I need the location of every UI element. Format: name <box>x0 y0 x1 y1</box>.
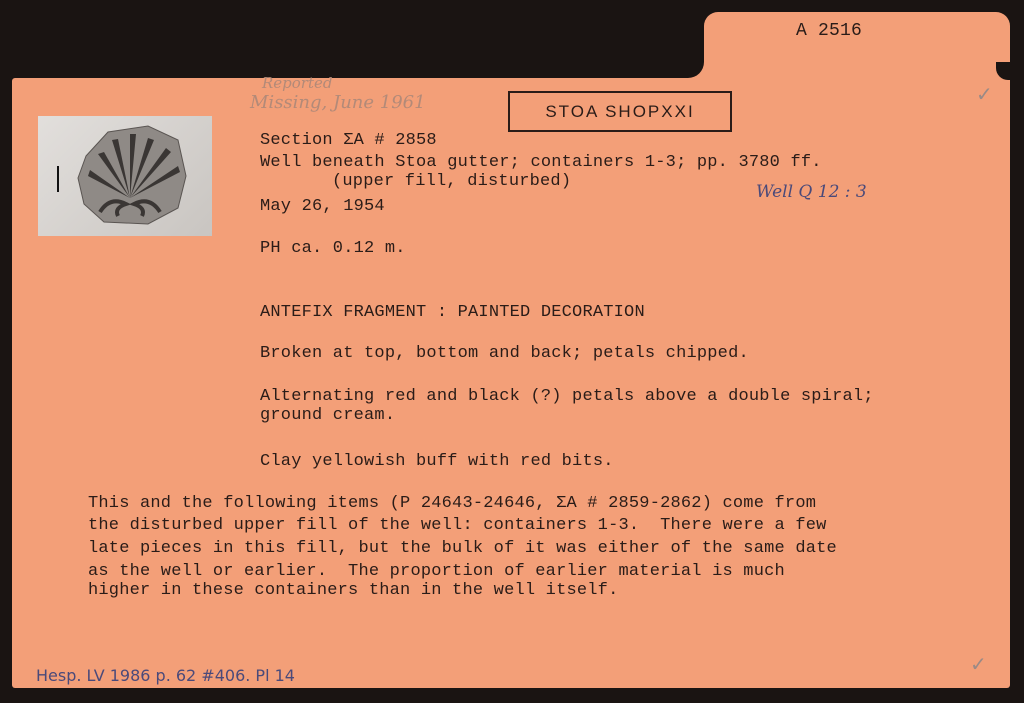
findspot-line2: (upper fill, disturbed) <box>332 171 571 193</box>
inventory-number: A 2516 <box>796 20 862 42</box>
object-title: ANTEFIX FRAGMENT : PAINTED DECORATION <box>260 302 645 324</box>
well-note: Well Q 12 : 3 <box>756 182 867 202</box>
location-stamp: STOA SHOPXXI <box>508 91 732 132</box>
check-mark-icon: ✓ <box>970 652 987 676</box>
tab-curve <box>688 60 718 80</box>
section-number: Section ΣA # 2858 <box>260 130 437 152</box>
pencil-note-line1: Reported <box>262 74 332 92</box>
notes-line: higher in these containers than in the w… <box>88 580 619 602</box>
check-mark-icon: ✓ <box>976 82 993 106</box>
notes-line: This and the following items (P 24643-24… <box>88 493 816 515</box>
pencil-note-line2: Missing, June 1961 <box>250 92 426 113</box>
description-line2: ground cream. <box>260 405 395 427</box>
dimensions: PH ca. 0.12 m. <box>260 238 406 260</box>
excavation-date: May 26, 1954 <box>260 196 385 218</box>
notes-line: the disturbed upper fill of the well: co… <box>88 515 827 537</box>
object-photo <box>38 116 212 236</box>
clay-description: Clay yellowish buff with red bits. <box>260 451 614 473</box>
notes-line: late pieces in this fill, but the bulk o… <box>88 538 837 560</box>
antefix-palmette-icon <box>38 116 212 236</box>
bibliography-reference: Hesp. LV 1986 p. 62 #406. Pl 14 <box>36 666 295 685</box>
condition: Broken at top, bottom and back; petals c… <box>260 343 749 365</box>
